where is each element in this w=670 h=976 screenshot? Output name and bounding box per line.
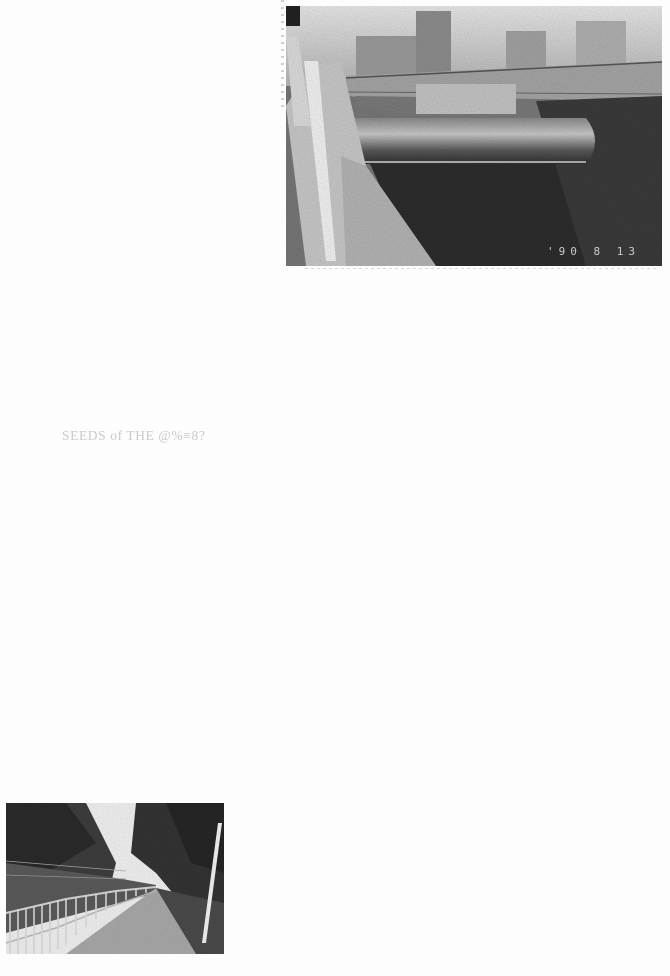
canal-pipe-image: [286, 6, 662, 266]
tree-path-image: [6, 803, 224, 954]
scan-edge-noise: [281, 0, 284, 110]
scan-artifact-line: [305, 268, 660, 269]
photo-date-stamp: '90 8 13: [547, 245, 640, 258]
tree-path-photo: [6, 803, 224, 954]
canal-pipe-photo: '90 8 13: [286, 6, 662, 266]
page-caption: SEEDS of THE @%≡8?: [62, 428, 205, 444]
